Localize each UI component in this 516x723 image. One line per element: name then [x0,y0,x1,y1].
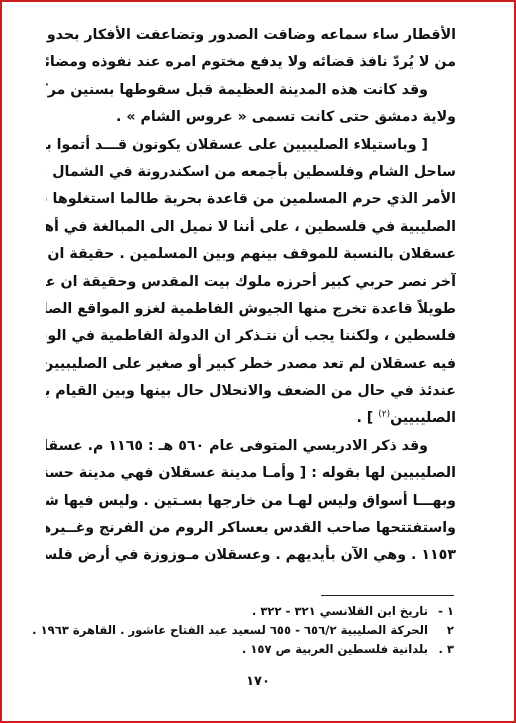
footnote-number: ٣ . [428,640,454,659]
text-line: [ وباستيلاء الصليبيين على عسقلان يكونون … [46,132,456,159]
footnote-2: ٢ الحركة الصليبية ٦٥٦/٢ - ٦٥٥ لسعيد عبد … [52,621,454,640]
text-line: الصليبية في فلسطين ، على أننا لا نميل ال… [46,214,456,241]
footnote-number: ٢ [428,621,454,640]
page-frame: الأقطار ساء سماعه وضاقت الصدور وتضاعفت ا… [0,0,516,723]
footnote-separator [321,595,454,596]
footnote-text: تاريخ ابن القلانسي ٣٢١ - ٣٢٢ . [252,602,428,621]
text-line: طويلاً قاعدة تخرج منها الجيوش الفاطمية ل… [46,296,456,323]
text-line: فلسطين ، ولكننا يجب أن نتـذكر ان الدولة … [46,323,456,350]
footnotes: ١ - تاريخ ابن القلانسي ٣٢١ - ٣٢٢ . ٢ الح… [52,602,454,659]
footnote-3: ٣ . بلدانية فلسطين العربية ص ١٥٧ . [52,640,454,659]
footnote-1: ١ - تاريخ ابن القلانسي ٣٢١ - ٣٢٢ . [52,602,454,621]
footnote-number: ١ - [428,602,454,621]
text-line: ولاية دمشق حتى كانت تسمى « عروس الشام » … [46,104,456,131]
text-line: فيه عسقلان لم تعد مصدر خطر كبير أو صغير … [46,351,456,378]
footnote-text: الحركة الصليبية ٦٥٦/٢ - ٦٥٥ لسعيد عبد ال… [32,621,428,640]
text-line: عندئذ في حال من الضعف والانحلال حال بينه… [46,378,456,405]
text-line: الأقطار ساء سماعه وضاقت الصدور وتضاعفت ا… [46,22,456,49]
text-line: آخر نصر حربي كبير أحرزه ملوك بيت المقدس … [46,269,456,296]
text-line: الصليبيين لها بقوله : [ وأمـا مدينة عسقل… [46,460,456,487]
main-text: الأقطار ساء سماعه وضاقت الصدور وتضاعفت ا… [46,22,456,570]
text-line: الأمر الذي حرم المسلمين من قاعدة بحرية ط… [46,186,456,213]
text-line: وقد كانت هذه المدينة العظيمة قبل سقوطها … [46,77,456,104]
text-line: الصليبيين(٢) ] . [46,405,456,432]
text-line-content: من لا يُردّ نافذ قضائه ولا يدفع مختوم ام… [46,54,456,70]
book-page: الأقطار ساء سماعه وضاقت الصدور وتضاعفت ا… [2,2,514,721]
text-line: وقد ذكر الادريسي المتوفى عام ٥٦٠ هـ : ١١… [46,433,456,460]
text-line-content: ١١٥٣ . وهي الآن بأيديهم . وعسقلان مـوزوز… [46,547,456,563]
text-line: من لا يُردّ نافذ قضائه ولا يدفع مختوم ام… [46,49,456,76]
page-number: ١٧٠ [2,674,514,689]
footnote-ref-2[interactable]: (٢) [378,410,390,420]
text-line: ١١٥٣ . وهي الآن بأيديهم . وعسقلان مـوزوز… [46,542,456,569]
text-line: واستفتتحها صاحب القدس بعساكر الروم من ال… [46,515,456,542]
text-line: ساحل الشام وفلسطين بأجمعه من اسكندرونة ف… [46,159,456,186]
footnote-text: بلدانية فلسطين العربية ص ١٥٧ . [242,640,428,659]
text-line: وبهـــا أسواق وليس لهـا من خارجها بسـتين… [46,488,456,515]
text-line: عسقلان بالنسبة للموقف بينهم وبين المسلمي… [46,241,456,268]
closing-bracket: ] . [356,410,378,426]
text-line-content: الصليبيين [390,410,456,426]
